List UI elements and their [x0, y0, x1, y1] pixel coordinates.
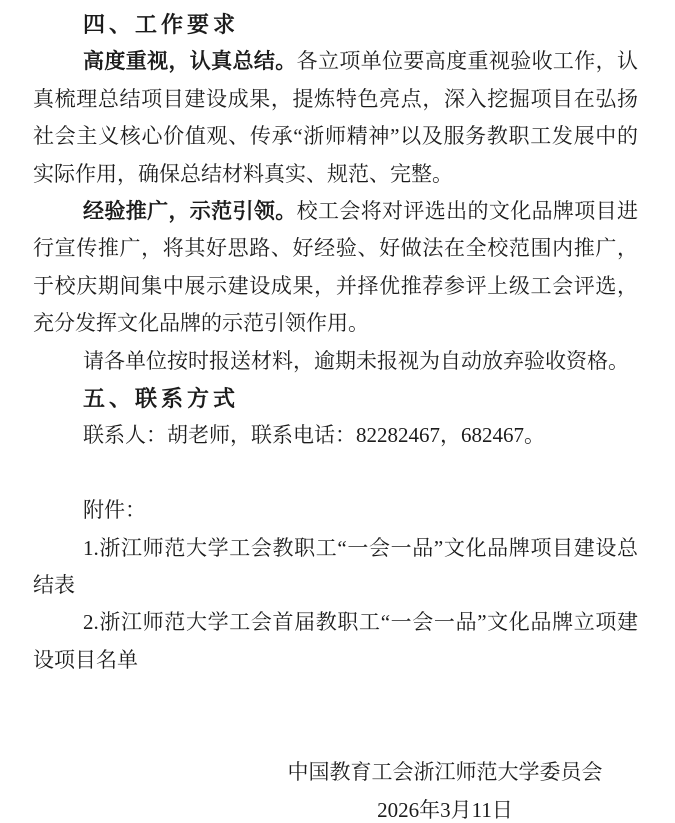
para-promotion-lead: 经验推广，示范引领。: [83, 199, 297, 223]
document-page: 四、工作要求 高度重视，认真总结。各立项单位要高度重视验收工作，认真梳理总结项目…: [0, 0, 675, 823]
blank-lines-spacer: [33, 679, 638, 754]
section-5-heading: 五、联系方式: [33, 380, 638, 417]
contact-info-line: 联系人：胡老师，联系电话：82282467，682467。: [33, 417, 638, 454]
attachments-label: 附件：: [33, 492, 638, 529]
section-4-heading: 四、工作要求: [33, 6, 638, 43]
signature-organization: 中国教育工会浙江师范大学委员会: [285, 754, 605, 791]
blank-line-spacer: [33, 455, 638, 492]
attachment-item-1: 1.浙江师范大学工会教职工“一会一品”文化品牌项目建设总结表: [33, 530, 638, 605]
para-promotion-requirement: 经验推广，示范引领。校工会将对评选出的文化品牌项目进行宣传推广，将其好思路、好经…: [33, 193, 638, 343]
para-summary-requirement: 高度重视，认真总结。各立项单位要高度重视验收工作，认真梳理总结项目建设成果，提炼…: [33, 43, 638, 193]
signature-block: 中国教育工会浙江师范大学委员会 2026年3月11日: [285, 754, 605, 823]
para-deadline-notice: 请各单位按时报送材料，逾期未报视为自动放弃验收资格。: [33, 343, 638, 380]
para-summary-lead: 高度重视，认真总结。: [83, 49, 297, 73]
attachment-item-2: 2.浙江师范大学工会首届教职工“一会一品”文化品牌立项建设项目名单: [33, 604, 638, 679]
signature-date: 2026年3月11日: [285, 792, 605, 823]
